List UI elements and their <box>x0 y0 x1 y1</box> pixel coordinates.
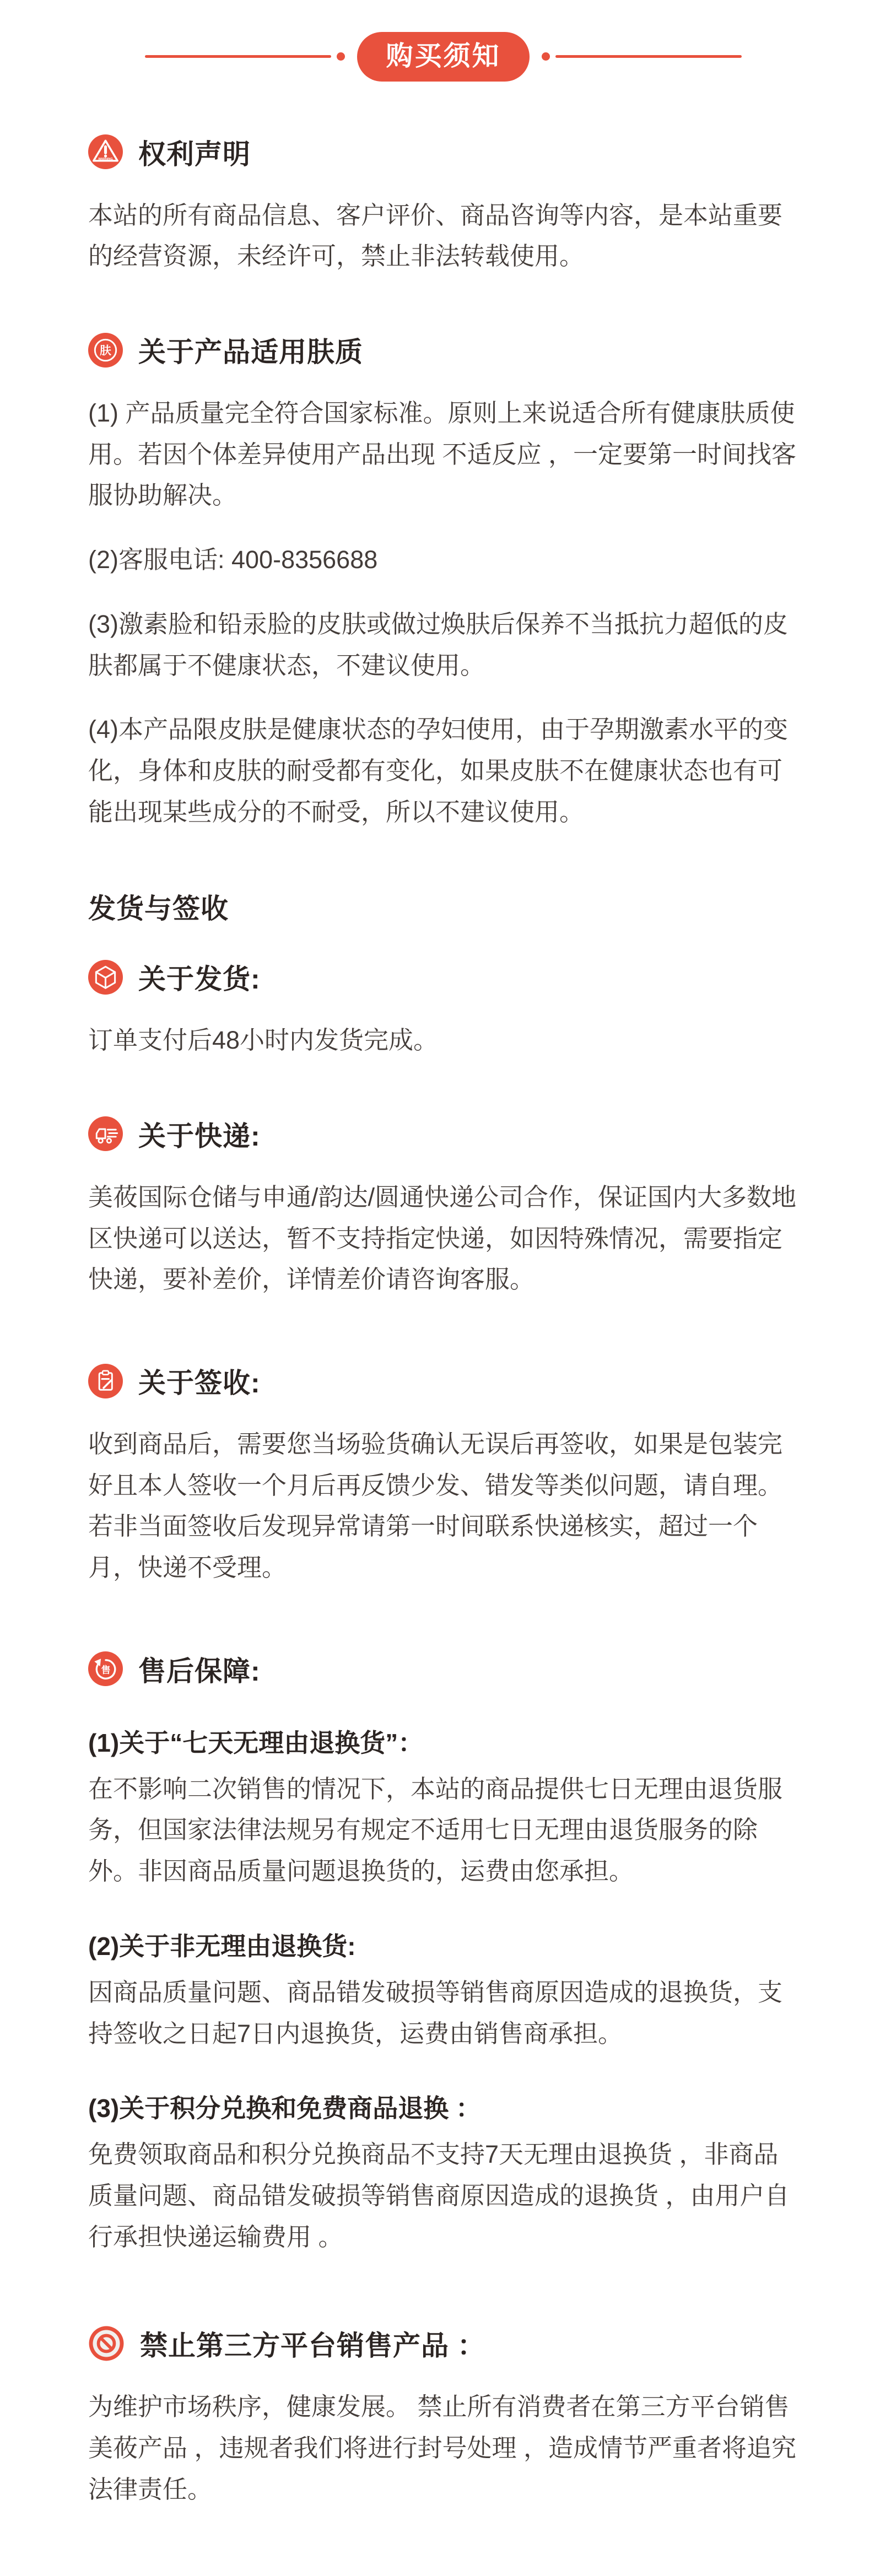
section-paragraph: 收到商品后，需要您当场验货确认无误后再签收，如果是包装完好且本人签收一个月后再反… <box>88 1424 798 1589</box>
section-paragraph: (1) 产品质量完全符合国家标准。原则上来说适合所有健康肤质使用。若因个体差异使… <box>88 393 798 516</box>
section-third-party-ban: 禁止第三方平台销售产品 ： 为维护市场秩序，健康发展。 禁止所有消费者在第三方平… <box>88 2324 798 2510</box>
section-title: 权利声明 <box>138 132 251 172</box>
header: 购买须知 <box>44 32 843 82</box>
divider-dot-right <box>542 52 550 61</box>
clipboard-icon <box>88 1364 123 1398</box>
section-paragraph: 本站的所有商品信息、客户评价、商品咨询等内容，是本站重要的经营资源，未经许可，禁… <box>88 195 798 277</box>
section-paragraph: 美莜国际仓储与申通/韵达/圆通快递公司合作，保证国内大多数地区快递可以送达，暂不… <box>88 1177 798 1300</box>
divider-dot-left <box>337 52 345 61</box>
section-delivery: 关于发货: 订单支付后48小时内发货完成。 <box>88 957 798 1061</box>
warning-icon-label: WARNING <box>98 158 113 161</box>
notice-badge: 购买须知 <box>357 32 529 82</box>
section-third-party-heading: 禁止第三方平台销售产品 ： <box>88 2324 798 2363</box>
section-title: 关于发货: <box>138 957 261 997</box>
section-delivery-heading: 关于发货: <box>88 957 798 997</box>
section-title: 售后保障: <box>138 1649 261 1689</box>
section-rights: WARNING 权利声明 本站的所有商品信息、客户评价、商品咨询等内容，是本站重… <box>88 132 798 277</box>
section-title: 关于产品适用肤质 <box>138 330 363 370</box>
section-rights-heading: WARNING 权利声明 <box>88 132 798 172</box>
package-icon <box>88 960 123 995</box>
section-paragraph: 在不影响二次销售的情况下，本站的商品提供七日无理由退货服务，但国家法律法规另有规… <box>88 1769 798 1892</box>
divider-line-right <box>555 55 742 58</box>
divider-line-left <box>145 55 331 58</box>
section-title: 禁止第三方平台销售产品 ： <box>140 2324 485 2363</box>
section-skin-type: 肤 关于产品适用肤质 (1) 产品质量完全符合国家标准。原则上来说适合所有健康肤… <box>88 330 798 833</box>
group-title-shipping: 发货与签收 <box>88 887 798 926</box>
aftersale-icon-glyph: 售 <box>101 1665 110 1676</box>
section-title: 关于快递: <box>138 1114 261 1154</box>
skin-icon: 肤 <box>88 333 123 368</box>
section-skin-heading: 肤 关于产品适用肤质 <box>88 330 798 370</box>
purchase-notice-page: 购买须知 WARNING 权利声明 本站的所有商品信息、客户评价、商品咨询等内容… <box>0 0 880 2576</box>
warning-icon: WARNING <box>88 134 123 169</box>
aftersale-sub1-title: (1)关于“七天无理由退换货”： <box>88 1724 798 1762</box>
aftersale-sub2-title: (2)关于非无理由退换货: <box>88 1927 798 1965</box>
section-paragraph: (4)本产品限皮肤是健康状态的孕妇使用，由于孕期激素水平的变化，身体和皮肤的耐受… <box>88 709 798 833</box>
section-aftersale-heading: 售 售后保障: <box>88 1649 798 1689</box>
section-express: 关于快递: 美莜国际仓储与申通/韵达/圆通快递公司合作，保证国内大多数地区快递可… <box>88 1114 798 1300</box>
section-title: 关于签收: <box>138 1361 261 1401</box>
section-paragraph: 免费领取商品和积分兑换商品不支持7天无理由退换货 ，非商品质量问题、商品错发破损… <box>88 2134 798 2258</box>
section-paragraph: 因商品质量问题、商品错发破损等销售商原因造成的退换货，支持签收之日起7日内退换货… <box>88 1972 798 2054</box>
aftersale-refresh-icon: 售 <box>88 1651 123 1686</box>
section-paragraph: (3)激素脸和铅汞脸的皮肤或做过焕肤后保养不当抵抗力超低的皮肤都属于不健康状态，… <box>88 604 798 686</box>
section-paragraph: (2)客服电话: 400-8356688 <box>88 539 798 581</box>
skin-icon-glyph: 肤 <box>100 343 111 357</box>
no-entry-icon <box>88 2325 125 2362</box>
section-express-heading: 关于快递: <box>88 1114 798 1154</box>
section-paragraph: 为维护市场秩序，健康发展。 禁止所有消费者在第三方平台销售美莜产品 ，违规者我们… <box>88 2386 798 2510</box>
section-aftersale: 售 售后保障: (1)关于“七天无理由退换货”： 在不影响二次销售的情况下，本站… <box>88 1649 798 2258</box>
notice-badge-label: 购买须知 <box>386 41 500 71</box>
aftersale-sub3-title: (3)关于积分兑换和免费商品退换 ： <box>88 2089 798 2127</box>
section-paragraph: 订单支付后48小时内发货完成。 <box>88 1020 798 1061</box>
section-receipt-heading: 关于签收: <box>88 1361 798 1401</box>
truck-icon <box>88 1116 123 1151</box>
section-receipt: 关于签收: 收到商品后，需要您当场验货确认无误后再签收，如果是包装完好且本人签收… <box>88 1361 798 1589</box>
